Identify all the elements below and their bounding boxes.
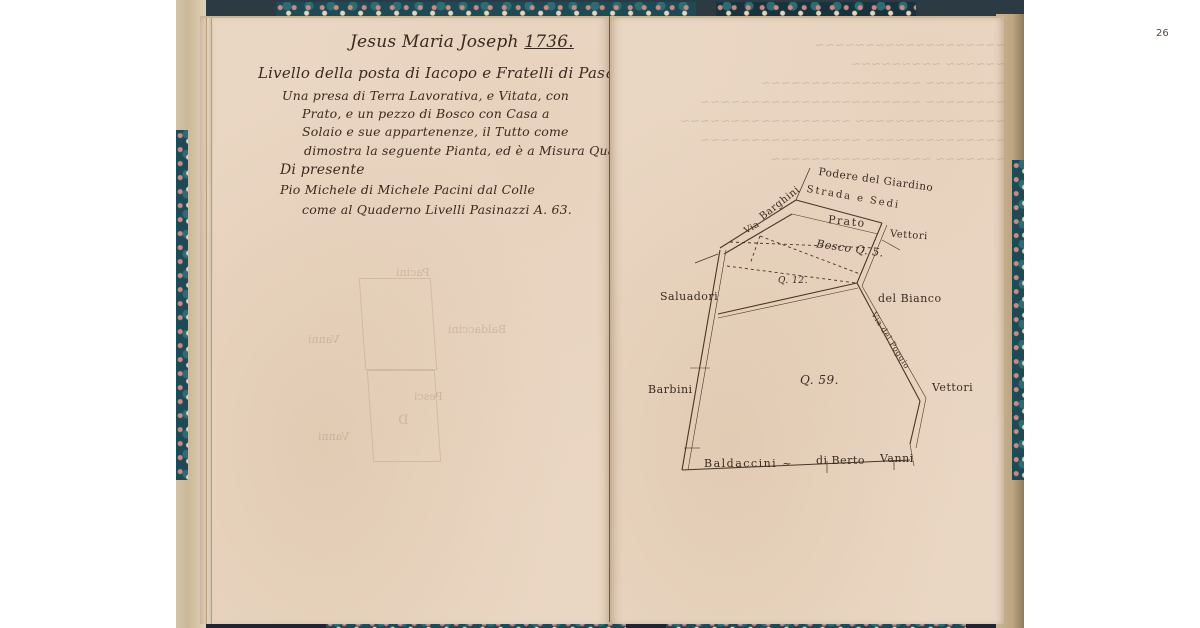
marbled-endpaper-right (1012, 160, 1024, 480)
bleed-through-plot-upper (359, 278, 437, 370)
record-line-7: Pio Michele di Michele Pacini dal Colle (280, 182, 535, 197)
label-baldaccini: Baldaccini ~ (704, 457, 793, 470)
heading-text: Jesus Maria Joseph (350, 32, 519, 52)
open-manuscript: Jesus Maria Joseph 1736. Livello della p… (176, 0, 1024, 628)
bleed-through-label: Baldaccini (448, 323, 506, 336)
folio-number: 26 (1156, 28, 1169, 39)
record-line-4: Solaio e sue appartenenze, il Tutto come (302, 124, 569, 139)
label-di-berto: di Berto (816, 454, 865, 467)
label-vanni: Vanni (880, 452, 914, 465)
marbled-endpaper-left (176, 130, 188, 480)
label-parcel-59: Q. 59. (800, 373, 839, 387)
label-vettori-bottom: Vettori (932, 381, 973, 394)
label-parcel-12: Q. 12. (778, 276, 808, 286)
right-page: 26 ~~~~~~~~~~~~~~~~~~~ ~~~~~~ ~~~~~~~~~ … (610, 16, 1004, 624)
record-line-5: dimostra la seguente Pianta, ed è a Misu… (304, 143, 656, 158)
record-line-2: Una presa di Terra Lavorativa, e Vitata,… (282, 88, 569, 103)
bleed-through-label: Pacini (396, 266, 430, 279)
bleed-through-label: Vanni (308, 333, 339, 346)
bleed-through-label: Vanni (318, 430, 349, 443)
land-plot-map (610, 18, 1004, 624)
record-line-3: Prato, e un pezzo di Bosco con Casa a (302, 106, 550, 121)
bleed-through-label: D (398, 413, 408, 428)
left-page: Jesus Maria Joseph 1736. Livello della p… (200, 16, 610, 624)
record-line-8: come al Quaderno Livelli Pasinazzi A. 63… (302, 202, 572, 217)
record-line-6: Di presente (280, 162, 365, 178)
heading-year: 1736. (524, 32, 574, 52)
label-barbini: Barbini (648, 383, 693, 396)
page-heading: Jesus Maria Joseph 1736. (350, 32, 574, 52)
label-saluadori: Saluadori (660, 290, 718, 303)
bleed-through-label: Pesci (414, 390, 443, 403)
label-del-bianco: del Bianco (878, 292, 942, 305)
